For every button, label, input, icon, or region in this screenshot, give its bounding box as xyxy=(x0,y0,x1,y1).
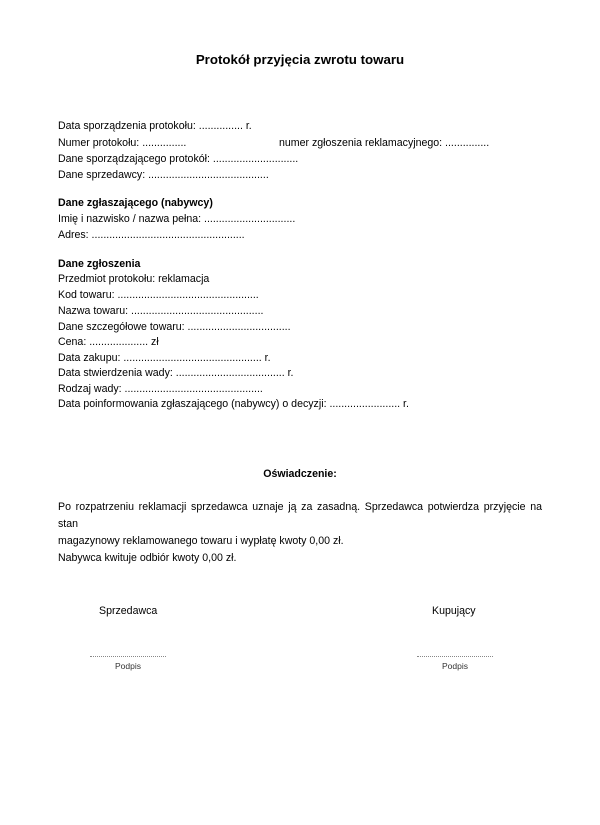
seller-signature-line xyxy=(90,656,166,657)
product-code-field: Kod towaru: ............................… xyxy=(58,289,259,302)
claim-number-field: numer zgłoszenia reklamacyjnego: .......… xyxy=(279,137,489,150)
defect-date-field: Data stwierdzenia wady: ................… xyxy=(58,367,294,380)
statement-line-1: Po rozpatrzeniu reklamacji sprzedawca uz… xyxy=(58,499,542,533)
protocol-subject-field: Przedmiot protokołu: reklamacja xyxy=(58,273,209,286)
statement-paragraph: Po rozpatrzeniu reklamacji sprzedawca uz… xyxy=(58,499,542,567)
buyer-signature-label: Kupujący xyxy=(432,605,476,617)
buyer-name-field: Imię i nazwisko / nazwa pełna: .........… xyxy=(58,213,295,226)
claim-section-heading: Dane zgłoszenia xyxy=(58,258,140,271)
statement-heading: Oświadczenie: xyxy=(0,468,600,480)
statement-line-3: Nabywca kwituje odbiór kwoty 0,00 zł. xyxy=(58,550,542,567)
protocol-date-field: Data sporządzenia protokołu: ...........… xyxy=(58,120,252,133)
defect-type-field: Rodzaj wady: ...........................… xyxy=(58,383,263,396)
price-field: Cena: .................... zł xyxy=(58,336,159,349)
buyer-section-heading: Dane zgłaszającego (nabywcy) xyxy=(58,197,213,210)
protocol-author-field: Dane sporządzającego protokół: .........… xyxy=(58,153,298,166)
document-title: Protokół przyjęcia zwrotu towaru xyxy=(0,52,600,67)
protocol-number-field: Numer protokołu: ............... xyxy=(58,137,186,150)
buyer-signature-caption: Podpis xyxy=(417,661,493,671)
product-name-field: Nazwa towaru: ..........................… xyxy=(58,305,263,318)
statement-line-2: magazynowy reklamowanego towaru i wypłat… xyxy=(58,533,542,550)
product-details-field: Dane szczegółowe towaru: ...............… xyxy=(58,321,291,334)
seller-signature-label: Sprzedawca xyxy=(99,605,157,617)
decision-notice-date-field: Data poinformowania zgłaszającego (nabyw… xyxy=(58,398,409,411)
buyer-address-field: Adres: .................................… xyxy=(58,229,245,242)
seller-data-field: Dane sprzedawcy: .......................… xyxy=(58,169,269,182)
seller-signature-caption: Podpis xyxy=(90,661,166,671)
buyer-signature-line xyxy=(417,656,493,657)
purchase-date-field: Data zakupu: ...........................… xyxy=(58,352,271,365)
